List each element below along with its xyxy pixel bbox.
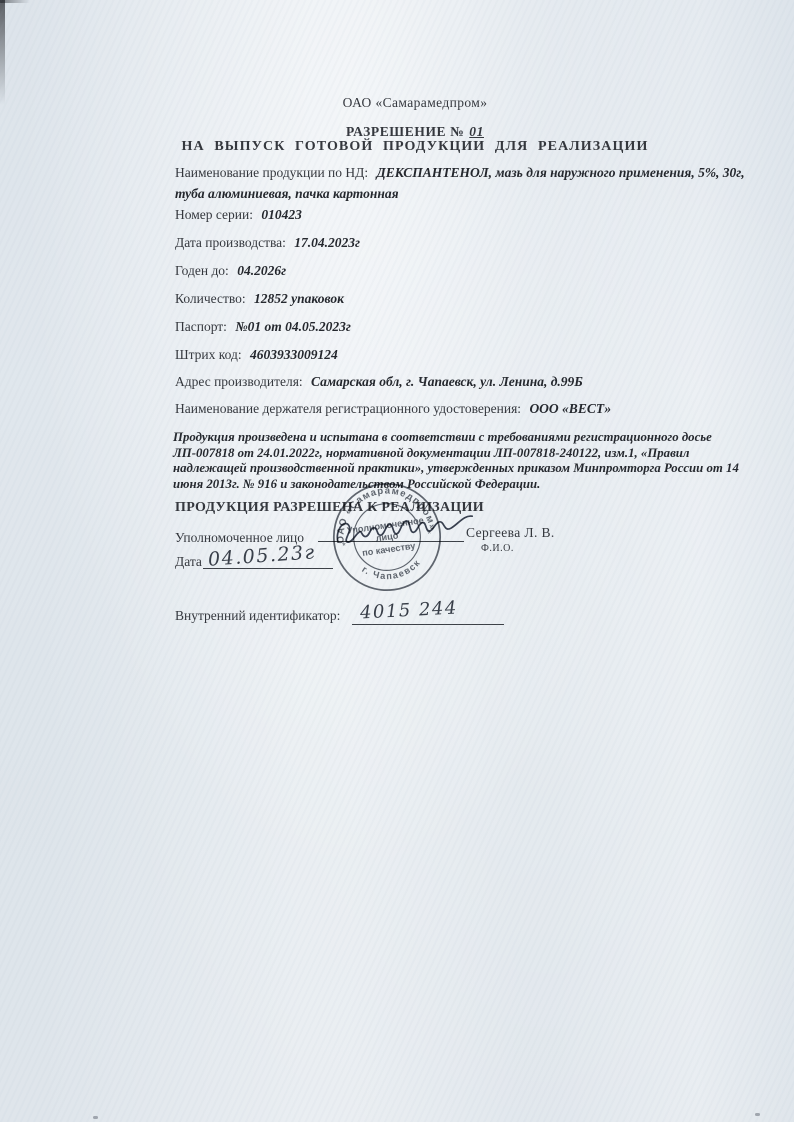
field-row-license-holder: Наименование держателя регистрационного … [175, 401, 611, 417]
product-label: Наименование продукции по НД: [175, 165, 368, 180]
field-row-production-date: Дата производства: 17.04.2023г [175, 235, 360, 251]
field-label: Годен до: [175, 263, 229, 278]
field-label: Номер серии: [175, 207, 253, 222]
title-prefix: РАЗРЕШЕНИЕ № [346, 124, 464, 139]
field-value: ООО «ВЕСТ» [529, 401, 611, 416]
field-row-series: Номер серии: 010423 [175, 207, 302, 223]
field-value: 12852 упаковок [254, 291, 344, 306]
scan-speck [755, 1113, 760, 1116]
field-value: 010423 [261, 207, 302, 222]
internal-id-line [352, 624, 504, 625]
product-name-row: Наименование продукции по НД: ДЕКСПАНТЕН… [175, 163, 751, 204]
field-label: Адрес производителя: [175, 374, 303, 389]
stamp-ring-bottom-text: г. Чапаевск [359, 556, 424, 585]
field-row-expiry: Годен до: 04.2026г [175, 263, 286, 279]
field-label: Количество: [175, 291, 246, 306]
scan-speck [93, 1116, 98, 1119]
field-value: Самарская обл, г. Чапаевск, ул. Ленина, … [311, 374, 583, 389]
scan-edge-artifact [0, 0, 5, 105]
field-row-quantity: Количество: 12852 упаковок [175, 291, 344, 307]
date-label: Дата [175, 554, 202, 570]
field-value: 04.2026г [237, 263, 286, 278]
scanned-release-certificate: ОАО «Самарамедпром» РАЗРЕШЕНИЕ №01 НА ВЫ… [0, 0, 794, 1122]
field-value: №01 от 04.05.2023г [235, 319, 351, 334]
document-title-line1: РАЗРЕШЕНИЕ №01 [60, 124, 770, 140]
field-row-passport: Паспорт: №01 от 04.05.2023г [175, 319, 351, 335]
permit-number: 01 [469, 124, 484, 139]
fio-caption: Ф.И.О. [481, 543, 514, 554]
field-label: Наименование держателя регистрационного … [175, 401, 521, 416]
field-label: Паспорт: [175, 319, 227, 334]
handwritten-internal-id: 4015 244 [360, 597, 459, 623]
field-value: 17.04.2023г [294, 235, 360, 250]
field-row-barcode: Штрих код: 4603933009124 [175, 347, 338, 363]
field-value: 4603933009124 [250, 347, 338, 362]
internal-id-label: Внутренний идентификатор: [175, 608, 340, 624]
field-label: Штрих код: [175, 347, 242, 362]
field-row-manufacturer-address: Адрес производителя: Самарская обл, г. Ч… [175, 374, 583, 390]
document-title-line2: НА ВЫПУСК ГОТОВОЙ ПРОДУКЦИИ ДЛЯ РЕАЛИЗАЦ… [60, 139, 770, 155]
svg-text:г. Чапаевск: г. Чапаевск [359, 556, 424, 585]
compliance-paragraph: Продукция произведена и испытана в соотв… [173, 430, 755, 492]
scan-edge-artifact-top [0, 0, 30, 3]
company-name: ОАО «Самарамедпром» [60, 95, 770, 111]
field-label: Дата производства: [175, 235, 286, 250]
